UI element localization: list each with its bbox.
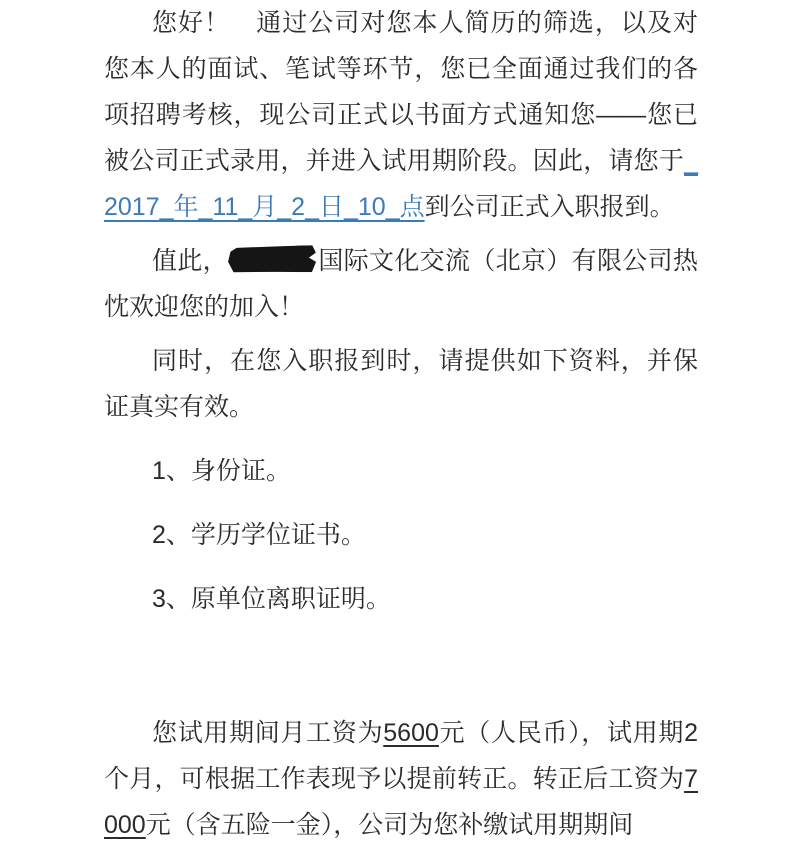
list-item-diploma: 2、学历学位证书。	[104, 512, 698, 558]
list-item-id-card: 1、身份证。	[104, 448, 698, 494]
para-greeting: 您好！ 通过公司对您本人简历的筛选，以及对您本人的面试、笔试等环节，您已全面通过…	[104, 0, 698, 230]
offer-letter-document: 您好！ 通过公司对您本人简历的筛选，以及对您本人的面试、笔试等环节，您已全面通过…	[104, 0, 698, 815]
text-run: 元（含五险一金），公司为您补缴试用期期间	[146, 811, 634, 815]
text-run: 1、身份证。	[152, 457, 291, 485]
list-item-resignation-proof: 3、原单位离职证明。	[104, 576, 698, 622]
para-materials-intro: 同时，在您入职报到时，请提供如下资料，并保证真实有效。	[104, 338, 698, 430]
para-welcome: 值此，国际文化交流（北京）有限公司热忱欢迎您的加入！	[104, 238, 698, 330]
text-run: 3、原单位离职证明。	[152, 585, 391, 613]
para-salary: 您试用期间月工资为5600元（人民币），试用期2个月，可根据工作表现予以提前转正…	[104, 710, 698, 815]
text-run: 您试用期间月工资为	[152, 719, 383, 747]
redaction-block	[228, 245, 317, 274]
text-run: 2、学历学位证书。	[152, 521, 366, 549]
text-run: 同时，在您入职报到时，请提供如下资料，并保证真实有效。	[104, 347, 698, 421]
text-run: 到公司正式入职报到。	[425, 193, 675, 221]
salary-value-underlined: 5600	[383, 719, 439, 747]
text-run: 您好！ 通过公司对您本人简历的筛选，以及对您本人的面试、笔试等环节，您已全面通过…	[104, 9, 698, 175]
text-run: 值此，	[152, 247, 228, 275]
